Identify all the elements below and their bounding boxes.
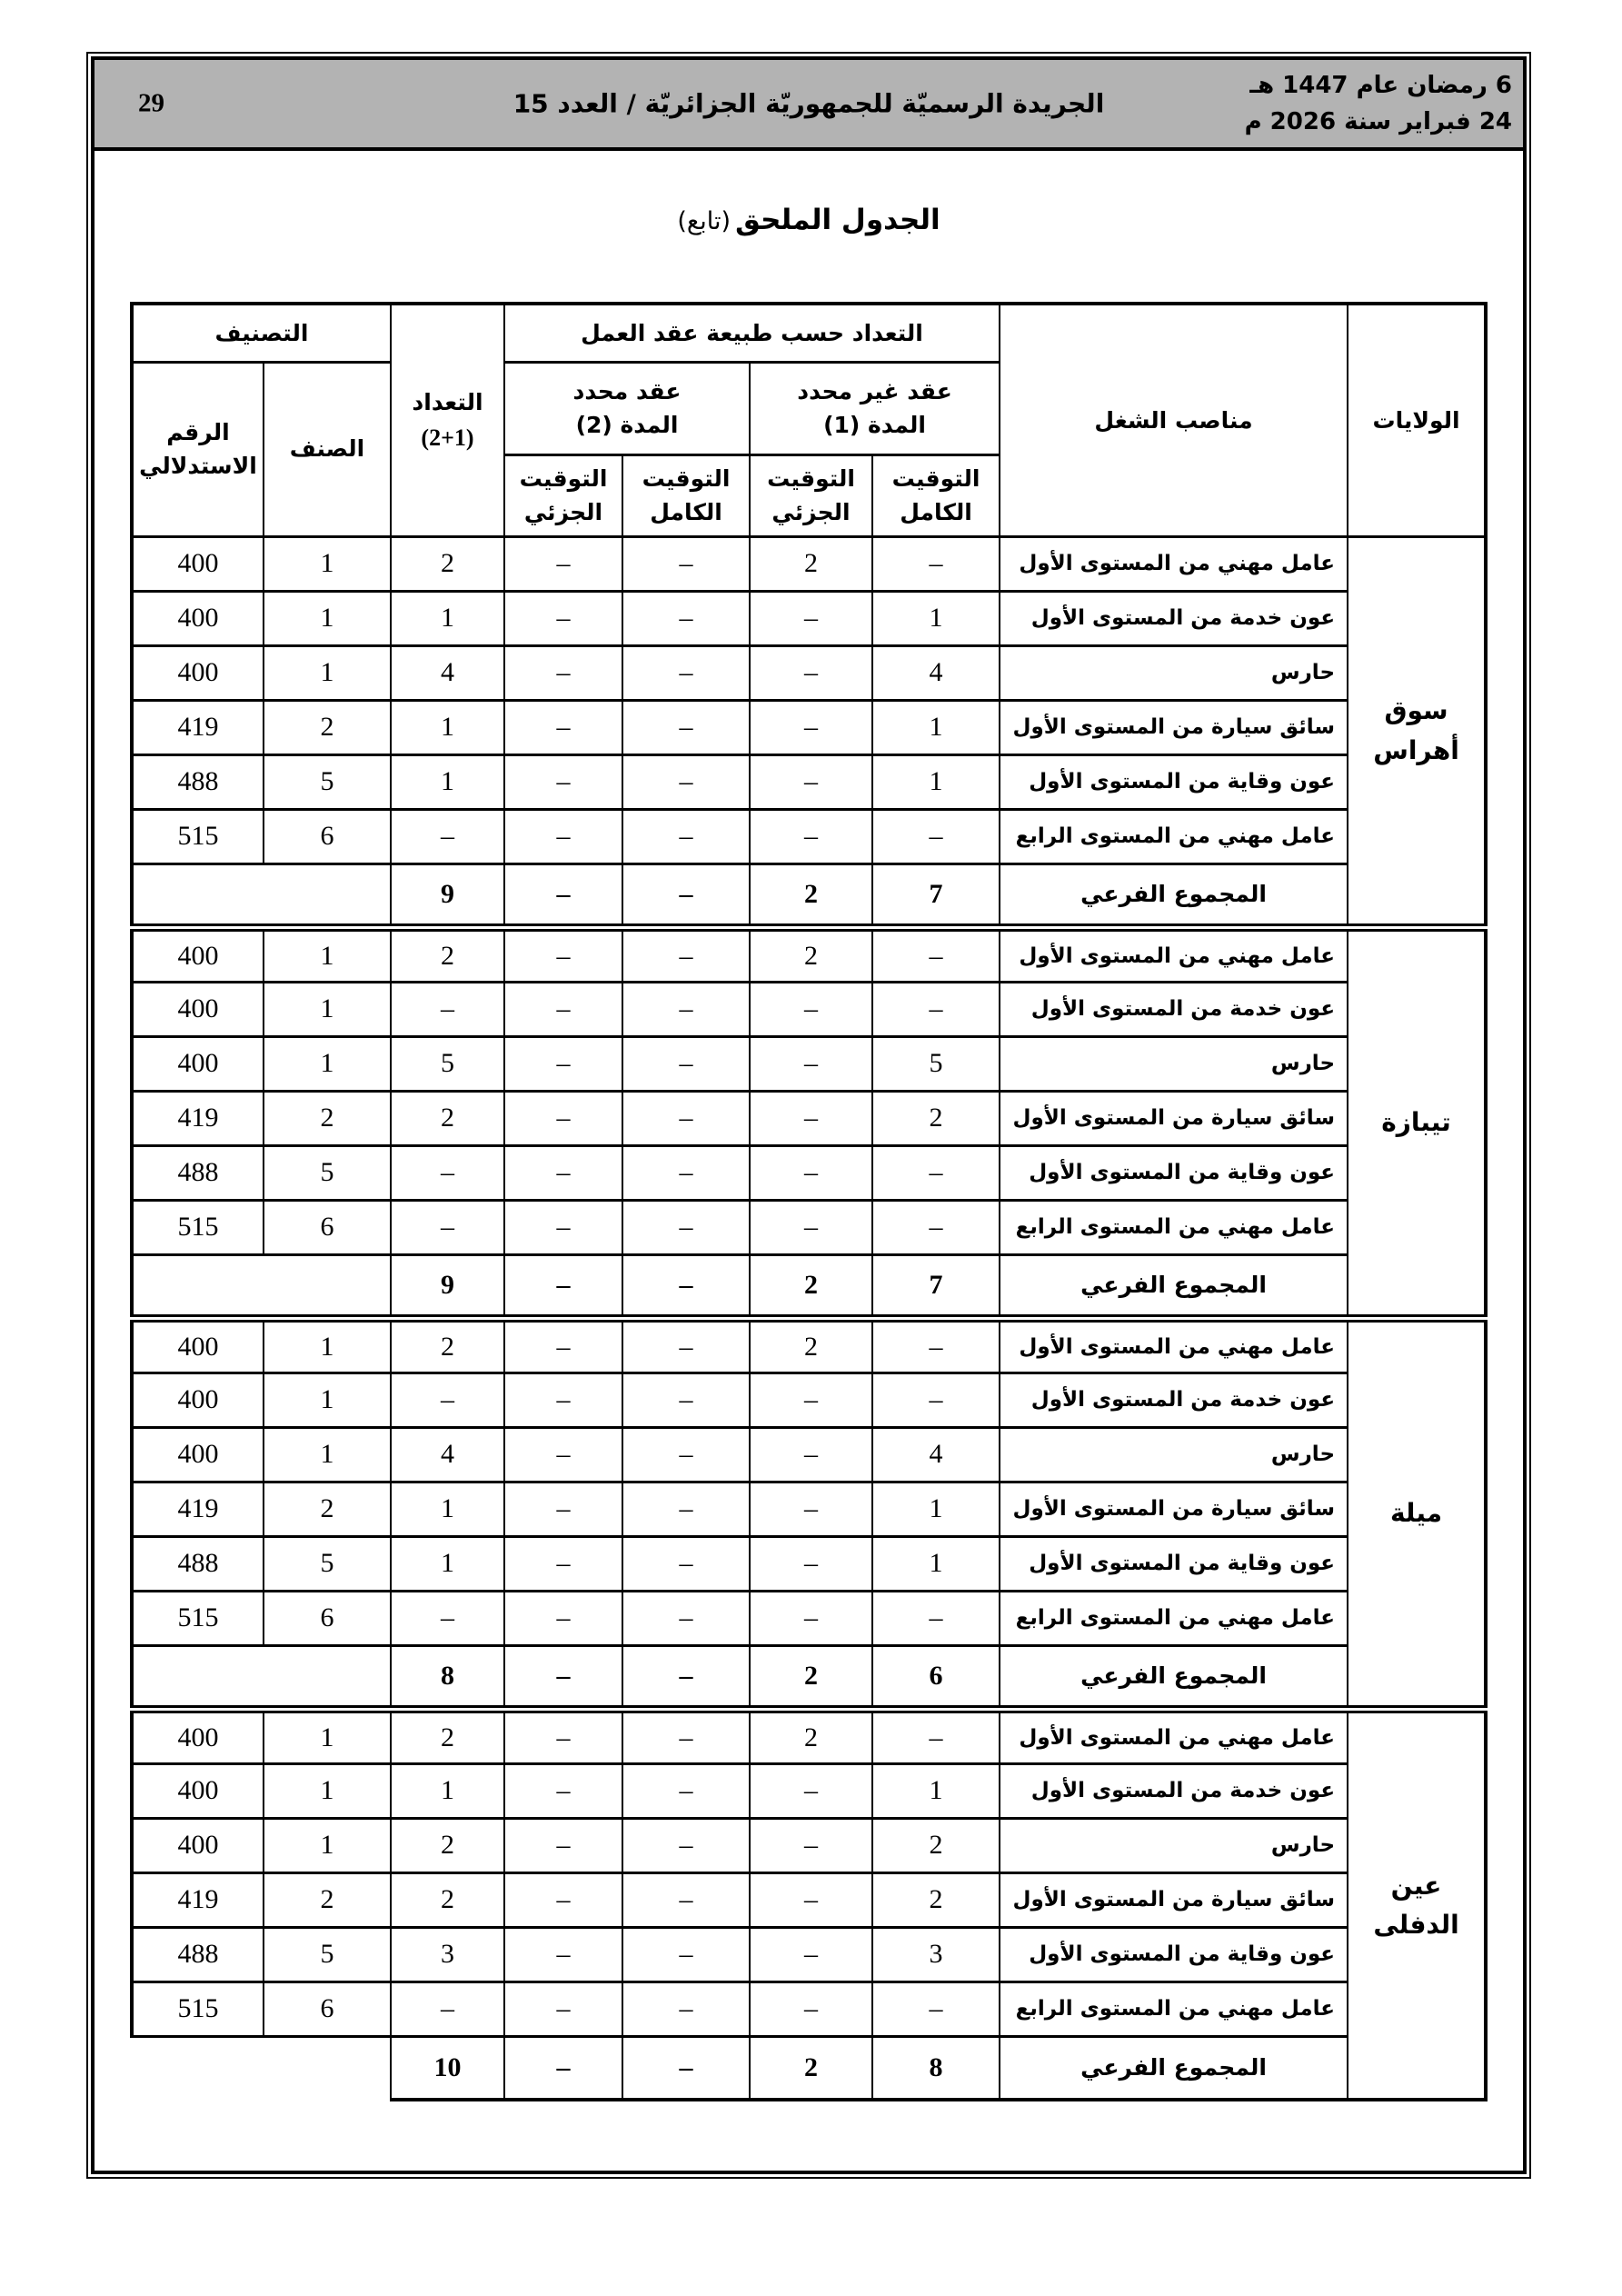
index-cell: 419 <box>132 1482 264 1536</box>
empty-classification-cell <box>132 1254 391 1318</box>
total-cell: 2 <box>391 1318 504 1373</box>
index-cell: 400 <box>132 982 264 1036</box>
ft1-cell: 4 <box>872 1427 1000 1482</box>
job-cell: عامل مهني من المستوى الأول <box>1000 1318 1348 1373</box>
job-cell: عامل مهني من المستوى الرابع <box>1000 1200 1348 1254</box>
ft1-cell: 1 <box>872 700 1000 754</box>
table-row: عون خدمة من المستوى الأول – – – – – 1 40… <box>132 982 1486 1036</box>
job-cell: سائق سيارة من المستوى الأول <box>1000 700 1348 754</box>
index-cell: 515 <box>132 1982 264 2036</box>
ft1-cell: – <box>872 1373 1000 1427</box>
category-cell: 1 <box>264 927 391 982</box>
index-cell: 400 <box>132 591 264 645</box>
subtotal-label: المجموع الفرعي <box>1000 863 1348 927</box>
category-cell: 1 <box>264 645 391 700</box>
col-header-full-time-limited: التوقيت الكامل <box>622 454 750 536</box>
job-cell: عون وقاية من المستوى الأول <box>1000 1145 1348 1200</box>
total-cell: 1 <box>391 700 504 754</box>
pt1-cell: – <box>750 645 872 700</box>
document-title-main: الجدول الملحق <box>735 204 940 236</box>
total-cell: – <box>391 1145 504 1200</box>
page-frame: 29 الجريدة الرسميّة للجمهوريّة الجزائريّ… <box>91 56 1527 2174</box>
table-row: عون خدمة من المستوى الأول 1 – – – 1 1 40… <box>132 1763 1486 1818</box>
pt1-cell: – <box>750 809 872 863</box>
table-row: عامل مهني من المستوى الرابع – – – – – 6 … <box>132 809 1486 863</box>
pt1-cell: – <box>750 1373 872 1427</box>
pt1-cell: – <box>750 982 872 1036</box>
pt2-subtotal-cell: – <box>504 1645 622 1709</box>
total-cell: 2 <box>391 927 504 982</box>
pt1-subtotal-cell: 2 <box>750 863 872 927</box>
header-row-1: الولايات مناصب الشغل التعداد حسب طبيعة ع… <box>132 304 1486 362</box>
pt2-cell: – <box>504 1200 622 1254</box>
contract-limited-line2: المدة (2) <box>505 408 749 443</box>
ft2-cell: – <box>622 754 750 809</box>
category-cell: 1 <box>264 1318 391 1373</box>
col-header-category: الصنف <box>264 362 391 536</box>
pt1-cell: – <box>750 1591 872 1645</box>
ft1-cell: – <box>872 809 1000 863</box>
pt2-cell: – <box>504 927 622 982</box>
ft1-cell: 3 <box>872 1927 1000 1982</box>
category-cell: 1 <box>264 536 391 591</box>
col-header-classification: التصنيف <box>132 304 391 362</box>
pt1-cell: 2 <box>750 927 872 982</box>
ft2-cell: – <box>622 1709 750 1763</box>
table-row: تيبازة عامل مهني من المستوى الأول – 2 – … <box>132 927 1486 982</box>
index-cell: 488 <box>132 1927 264 1982</box>
category-cell: 1 <box>264 1427 391 1482</box>
total-cell: 4 <box>391 645 504 700</box>
table-row: حارس 2 – – – 2 1 400 <box>132 1818 1486 1872</box>
ft1-cell: 1 <box>872 1536 1000 1591</box>
table-row: عون خدمة من المستوى الأول – – – – – 1 40… <box>132 1373 1486 1427</box>
ft1-subtotal-cell: 8 <box>872 2036 1000 2100</box>
ft1-cell: – <box>872 536 1000 591</box>
total-cell: – <box>391 1591 504 1645</box>
table-row: عامل مهني من المستوى الرابع – – – – – 6 … <box>132 1982 1486 2036</box>
job-cell: عون خدمة من المستوى الأول <box>1000 591 1348 645</box>
category-cell: 1 <box>264 1763 391 1818</box>
job-cell: حارس <box>1000 1427 1348 1482</box>
total-cell: – <box>391 1200 504 1254</box>
job-cell: عامل مهني من المستوى الأول <box>1000 1709 1348 1763</box>
pt1-cell: – <box>750 1872 872 1927</box>
ft1-cell: – <box>872 1318 1000 1373</box>
col-header-wilayas: الولايات <box>1348 304 1486 536</box>
index-cell: 515 <box>132 1200 264 1254</box>
pt1-cell: – <box>750 1482 872 1536</box>
pt1-cell: – <box>750 1091 872 1145</box>
pt1-cell: – <box>750 1818 872 1872</box>
running-head: 29 الجريدة الرسميّة للجمهوريّة الجزائريّ… <box>95 60 1523 151</box>
total-formula: (2+1) <box>392 420 503 455</box>
category-cell: 1 <box>264 1818 391 1872</box>
ft1-cell: 1 <box>872 1482 1000 1536</box>
ft1-subtotal-cell: 7 <box>872 1254 1000 1318</box>
job-cell: عون وقاية من المستوى الأول <box>1000 754 1348 809</box>
total-cell: 2 <box>391 1818 504 1872</box>
ft2-subtotal-cell: – <box>622 1645 750 1709</box>
total-subtotal-cell: 8 <box>391 1645 504 1709</box>
ft2-cell: – <box>622 1982 750 2036</box>
index-cell: 419 <box>132 1872 264 1927</box>
pt1-subtotal-cell: 2 <box>750 1254 872 1318</box>
ft1-subtotal-cell: 6 <box>872 1645 1000 1709</box>
pt1-subtotal-cell: 2 <box>750 1645 872 1709</box>
pt2-cell: – <box>504 1373 622 1427</box>
date-hijri: 6 رمضان عام 1447 هـ <box>1245 67 1512 104</box>
ft1-cell: 1 <box>872 591 1000 645</box>
ft1-cell: – <box>872 1200 1000 1254</box>
ft2-subtotal-cell: – <box>622 2036 750 2100</box>
pt2-cell: – <box>504 645 622 700</box>
pt2-cell: – <box>504 982 622 1036</box>
job-cell: عون وقاية من المستوى الأول <box>1000 1927 1348 1982</box>
pt1-cell: 2 <box>750 1709 872 1763</box>
issue-dates: 6 رمضان عام 1447 هـ 24 فبراير سنة 2026 م <box>1245 67 1512 140</box>
pt1-cell: – <box>750 1982 872 2036</box>
total-cell: 1 <box>391 591 504 645</box>
index-cell: 400 <box>132 1709 264 1763</box>
category-cell: 6 <box>264 1200 391 1254</box>
ft1-cell: 1 <box>872 1763 1000 1818</box>
category-cell: 5 <box>264 1927 391 1982</box>
contract-limited-line1: عقد محدد <box>505 374 749 409</box>
ft2-cell: – <box>622 1427 750 1482</box>
full-label: الكامل <box>873 495 999 530</box>
table-row: سائق سيارة من المستوى الأول 2 – – – 2 2 … <box>132 1091 1486 1145</box>
category-cell: 2 <box>264 1872 391 1927</box>
col-header-jobs: مناصب الشغل <box>1000 304 1348 536</box>
ft1-cell: 2 <box>872 1091 1000 1145</box>
index-cell: 400 <box>132 645 264 700</box>
total-subtotal-cell: 10 <box>391 2036 504 2100</box>
table-row: عون وقاية من المستوى الأول 1 – – – 1 5 4… <box>132 1536 1486 1591</box>
category-cell: 6 <box>264 1591 391 1645</box>
pt1-cell: – <box>750 1763 872 1818</box>
pt2-cell: – <box>504 591 622 645</box>
timing-label: التوقيت <box>623 462 749 496</box>
category-cell: 6 <box>264 809 391 863</box>
category-cell: 1 <box>264 1036 391 1091</box>
wilaya-cell: سوق أهراس <box>1348 536 1486 927</box>
pt1-cell: – <box>750 1200 872 1254</box>
ft2-cell: – <box>622 1200 750 1254</box>
job-cell: حارس <box>1000 1036 1348 1091</box>
timing-label: التوقيت <box>505 462 622 496</box>
ft2-cell: – <box>622 1763 750 1818</box>
total-cell: – <box>391 1373 504 1427</box>
ft1-cell: – <box>872 927 1000 982</box>
index-cell: 400 <box>132 1373 264 1427</box>
pt2-cell: – <box>504 536 622 591</box>
table-row: سائق سيارة من المستوى الأول 1 – – – 1 2 … <box>132 700 1486 754</box>
ft2-cell: – <box>622 809 750 863</box>
index-cell: 419 <box>132 700 264 754</box>
job-cell: عون خدمة من المستوى الأول <box>1000 1763 1348 1818</box>
pt2-cell: – <box>504 1536 622 1591</box>
category-cell: 1 <box>264 1709 391 1763</box>
category-cell: 5 <box>264 1536 391 1591</box>
ft2-cell: – <box>622 927 750 982</box>
pt1-cell: – <box>750 1036 872 1091</box>
total-cell: – <box>391 982 504 1036</box>
ft1-cell: – <box>872 1709 1000 1763</box>
table-row: عون وقاية من المستوى الأول 1 – – – 1 5 4… <box>132 754 1486 809</box>
pt1-subtotal-cell: 2 <box>750 2036 872 2100</box>
job-cell: عامل مهني من المستوى الرابع <box>1000 1591 1348 1645</box>
table-row: عين الدفلى عامل مهني من المستوى الأول – … <box>132 1709 1486 1763</box>
table-row: حارس 4 – – – 4 1 400 <box>132 1427 1486 1482</box>
col-header-total: التعداد (2+1) <box>391 304 504 536</box>
col-header-full-time-unlimited: التوقيت الكامل <box>872 454 1000 536</box>
col-header-part-time-limited: التوقيت الجزئي <box>504 454 622 536</box>
ft2-cell: – <box>622 1927 750 1982</box>
pt2-subtotal-cell: – <box>504 2036 622 2100</box>
partial-label: الجزئي <box>505 495 622 530</box>
index-cell: 400 <box>132 927 264 982</box>
total-cell: – <box>391 809 504 863</box>
table-row: عامل مهني من المستوى الرابع – – – – – 6 … <box>132 1200 1486 1254</box>
col-header-part-time-unlimited: التوقيت الجزئي <box>750 454 872 536</box>
pt2-cell: – <box>504 1036 622 1091</box>
ft1-cell: 2 <box>872 1818 1000 1872</box>
job-cell: حارس <box>1000 1818 1348 1872</box>
total-cell: 2 <box>391 1872 504 1927</box>
table-row: عون وقاية من المستوى الأول 3 – – – 3 5 4… <box>132 1927 1486 1982</box>
total-cell: 1 <box>391 1763 504 1818</box>
pt2-cell: – <box>504 1482 622 1536</box>
pt2-cell: – <box>504 1982 622 2036</box>
table-row: ميلة عامل مهني من المستوى الأول – 2 – – … <box>132 1318 1486 1373</box>
pt2-cell: – <box>504 1427 622 1482</box>
ft1-subtotal-cell: 7 <box>872 863 1000 927</box>
total-cell: 4 <box>391 1427 504 1482</box>
pt1-cell: – <box>750 1536 872 1591</box>
category-cell: 1 <box>264 591 391 645</box>
total-cell: 3 <box>391 1927 504 1982</box>
ft2-cell: – <box>622 536 750 591</box>
annex-table: الولايات مناصب الشغل التعداد حسب طبيعة ع… <box>130 302 1488 2101</box>
job-cell: عون خدمة من المستوى الأول <box>1000 1373 1348 1427</box>
index-number-line2: الاستدلالي <box>134 449 263 484</box>
category-cell: 1 <box>264 982 391 1036</box>
total-cell: 1 <box>391 1536 504 1591</box>
ft1-cell: 1 <box>872 754 1000 809</box>
full-label: الكامل <box>623 495 749 530</box>
col-header-contract-limited: عقد محدد المدة (2) <box>504 362 750 454</box>
table-row: سائق سيارة من المستوى الأول 2 – – – 2 2 … <box>132 1872 1486 1927</box>
index-cell: 488 <box>132 754 264 809</box>
subtotal-row: المجموع الفرعي 8 2 – – 10 <box>132 2036 1486 2100</box>
pt2-cell: – <box>504 1591 622 1645</box>
ft2-cell: – <box>622 591 750 645</box>
pt2-subtotal-cell: – <box>504 1254 622 1318</box>
ft1-cell: 4 <box>872 645 1000 700</box>
subtotal-label: المجموع الفرعي <box>1000 1645 1348 1709</box>
partial-label: الجزئي <box>751 495 871 530</box>
ft2-cell: – <box>622 1373 750 1427</box>
ft2-cell: – <box>622 1872 750 1927</box>
ft2-cell: – <box>622 982 750 1036</box>
total-cell: 1 <box>391 1482 504 1536</box>
pt2-cell: – <box>504 809 622 863</box>
table-row: حارس 4 – – – 4 1 400 <box>132 645 1486 700</box>
subtotal-row: المجموع الفرعي 6 2 – – 8 <box>132 1645 1486 1709</box>
index-cell: 400 <box>132 1818 264 1872</box>
table-row: عون خدمة من المستوى الأول 1 – – – 1 1 40… <box>132 591 1486 645</box>
pt2-cell: – <box>504 1872 622 1927</box>
category-cell: 2 <box>264 1091 391 1145</box>
pt1-cell: 2 <box>750 536 872 591</box>
pt1-cell: – <box>750 700 872 754</box>
subtotal-label: المجموع الفرعي <box>1000 2036 1348 2100</box>
pt1-cell: – <box>750 1145 872 1200</box>
ft1-cell: – <box>872 982 1000 1036</box>
job-cell: عون وقاية من المستوى الأول <box>1000 1536 1348 1591</box>
pt2-cell: – <box>504 1818 622 1872</box>
pt2-cell: – <box>504 1091 622 1145</box>
job-cell: سائق سيارة من المستوى الأول <box>1000 1091 1348 1145</box>
ft1-cell: – <box>872 1982 1000 2036</box>
pt2-cell: – <box>504 1318 622 1373</box>
pt1-cell: – <box>750 1427 872 1482</box>
date-gregorian: 24 فبراير سنة 2026 م <box>1245 104 1512 140</box>
col-header-index-number: الرقم الاستدلالي <box>132 362 264 536</box>
index-cell: 400 <box>132 536 264 591</box>
index-cell: 400 <box>132 1036 264 1091</box>
pt2-cell: – <box>504 1145 622 1200</box>
ft2-cell: – <box>622 1318 750 1373</box>
table-row: عون وقاية من المستوى الأول – – – – – 5 4… <box>132 1145 1486 1200</box>
pt2-subtotal-cell: – <box>504 863 622 927</box>
subtotal-label: المجموع الفرعي <box>1000 1254 1348 1318</box>
index-cell: 488 <box>132 1536 264 1591</box>
ft2-subtotal-cell: – <box>622 1254 750 1318</box>
category-cell: 2 <box>264 700 391 754</box>
job-cell: سائق سيارة من المستوى الأول <box>1000 1872 1348 1927</box>
ft2-cell: – <box>622 1591 750 1645</box>
pt2-cell: – <box>504 754 622 809</box>
job-cell: عامل مهني من المستوى الأول <box>1000 927 1348 982</box>
category-cell: 5 <box>264 1145 391 1200</box>
pt2-cell: – <box>504 1709 622 1763</box>
pt2-cell: – <box>504 700 622 754</box>
job-cell: عامل مهني من المستوى الرابع <box>1000 809 1348 863</box>
ft2-cell: – <box>622 1482 750 1536</box>
table-row: سائق سيارة من المستوى الأول 1 – – – 1 2 … <box>132 1482 1486 1536</box>
job-cell: سائق سيارة من المستوى الأول <box>1000 1482 1348 1536</box>
total-cell: – <box>391 1982 504 2036</box>
index-cell: 515 <box>132 1591 264 1645</box>
total-cell: 2 <box>391 536 504 591</box>
ft2-cell: – <box>622 1536 750 1591</box>
category-cell: 5 <box>264 754 391 809</box>
wilaya-cell: ميلة <box>1348 1318 1486 1709</box>
col-header-count-by-contract: التعداد حسب طبيعة عقد العمل <box>504 304 1000 362</box>
pt1-cell: – <box>750 1927 872 1982</box>
pt1-cell: – <box>750 591 872 645</box>
wilaya-cell: عين الدفلى <box>1348 1709 1486 2100</box>
ft2-cell: – <box>622 1145 750 1200</box>
ft2-cell: – <box>622 1036 750 1091</box>
subtotal-row: المجموع الفرعي 7 2 – – 9 <box>132 1254 1486 1318</box>
index-cell: 400 <box>132 1763 264 1818</box>
document-title-suffix: (تابع) <box>677 207 731 235</box>
contract-unlimited-line1: عقد غير محدد <box>751 374 999 409</box>
empty-classification-cell <box>132 2036 391 2100</box>
total-cell: 2 <box>391 1709 504 1763</box>
ft2-cell: – <box>622 700 750 754</box>
index-cell: 515 <box>132 809 264 863</box>
total-subtotal-cell: 9 <box>391 1254 504 1318</box>
total-cell: 2 <box>391 1091 504 1145</box>
ft1-cell: 2 <box>872 1872 1000 1927</box>
job-cell: حارس <box>1000 645 1348 700</box>
index-number-line1: الرقم <box>134 415 263 450</box>
ft1-cell: – <box>872 1145 1000 1200</box>
category-cell: 1 <box>264 1373 391 1427</box>
table-row: عامل مهني من المستوى الرابع – – – – – 6 … <box>132 1591 1486 1645</box>
table-row: سوق أهراس عامل مهني من المستوى الأول – 2… <box>132 536 1486 591</box>
index-cell: 400 <box>132 1318 264 1373</box>
ft2-subtotal-cell: – <box>622 863 750 927</box>
document-title: الجدول الملحق (تابع) <box>95 204 1523 236</box>
ft2-cell: – <box>622 645 750 700</box>
wilaya-cell: تيبازة <box>1348 927 1486 1318</box>
total-label: التعداد <box>392 385 503 420</box>
job-cell: عامل مهني من المستوى الرابع <box>1000 1982 1348 2036</box>
job-cell: عون خدمة من المستوى الأول <box>1000 982 1348 1036</box>
pt1-cell: – <box>750 754 872 809</box>
table-row: حارس 5 – – – 5 1 400 <box>132 1036 1486 1091</box>
pt2-cell: – <box>504 1927 622 1982</box>
contract-unlimited-line2: المدة (1) <box>751 408 999 443</box>
ft1-cell: – <box>872 1591 1000 1645</box>
ft2-cell: – <box>622 1818 750 1872</box>
total-subtotal-cell: 9 <box>391 863 504 927</box>
empty-classification-cell <box>132 1645 391 1709</box>
empty-classification-cell <box>132 863 391 927</box>
category-cell: 6 <box>264 1982 391 2036</box>
index-cell: 400 <box>132 1427 264 1482</box>
index-cell: 488 <box>132 1145 264 1200</box>
timing-label: التوقيت <box>873 462 999 496</box>
category-cell: 2 <box>264 1482 391 1536</box>
total-cell: 5 <box>391 1036 504 1091</box>
timing-label: التوقيت <box>751 462 871 496</box>
subtotal-row: المجموع الفرعي 7 2 – – 9 <box>132 863 1486 927</box>
ft1-cell: 5 <box>872 1036 1000 1091</box>
job-cell: عامل مهني من المستوى الأول <box>1000 536 1348 591</box>
ft2-cell: – <box>622 1091 750 1145</box>
total-cell: 1 <box>391 754 504 809</box>
col-header-contract-unlimited: عقد غير محدد المدة (1) <box>750 362 1000 454</box>
pt1-cell: 2 <box>750 1318 872 1373</box>
index-cell: 419 <box>132 1091 264 1145</box>
pt2-cell: – <box>504 1763 622 1818</box>
